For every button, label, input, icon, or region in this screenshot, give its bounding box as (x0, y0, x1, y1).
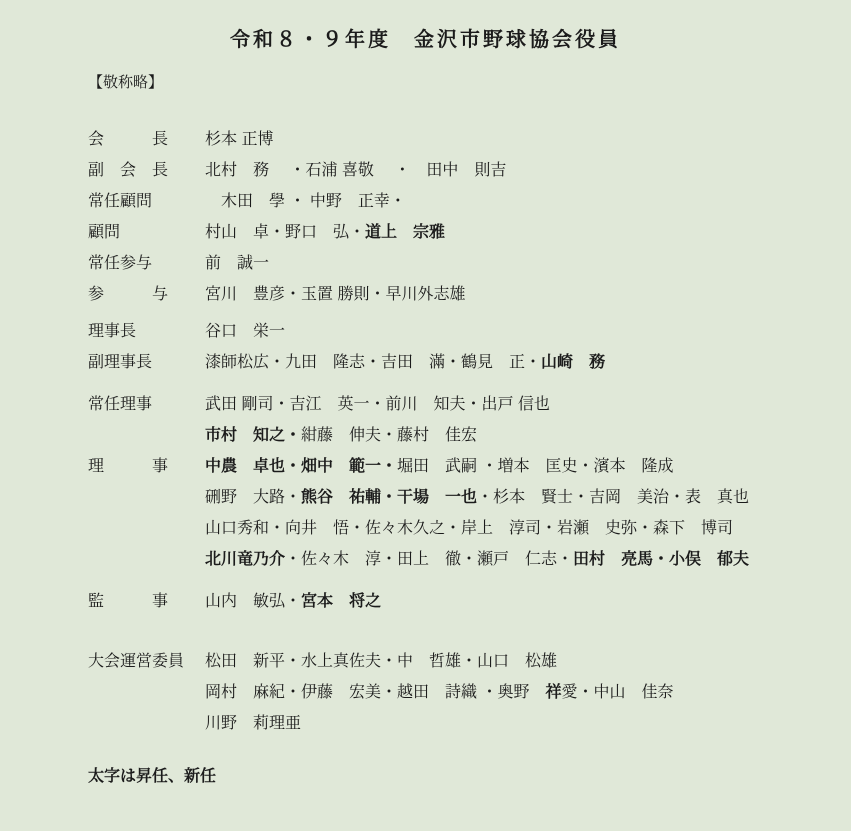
name-segment: 紺藤 伸夫・藤村 佳宏 (301, 427, 477, 444)
name-segment-bold: 北川竜乃介 (205, 551, 285, 568)
role-names: 松田 新平・水上真佐夫・中 哲雄・山口 松雄岡村 麻紀・伊藤 宏美・越田 詩織 … (205, 646, 851, 739)
names-line: 前 誠一 (205, 248, 851, 279)
name-segment-bold: 中農 卓也・畑中 範一・ (205, 458, 397, 475)
role-names: 前 誠一 (205, 248, 851, 279)
name-segment: 武田 剛司・吉江 英一・前川 知夫・出戸 信也 (205, 396, 550, 413)
officer-row: 常任理事武田 剛司・吉江 英一・前川 知夫・出戸 信也市村 知之・紺藤 伸夫・藤… (0, 389, 851, 451)
names-line: 村山 卓・野口 弘・道上 宗雅 (205, 217, 851, 248)
name-segment: ・杉本 賢士・吉岡 美治・表 真也 (477, 489, 749, 506)
names-line: 杉本 正博 (205, 124, 851, 155)
role-label: 常任顧問 (88, 186, 205, 217)
names-line: 武田 剛司・吉江 英一・前川 知夫・出戸 信也 (205, 389, 851, 420)
role-names: 杉本 正博 (205, 124, 851, 155)
officer-row: 顧問村山 卓・野口 弘・道上 宗雅 (0, 217, 851, 248)
name-segment: 村山 卓・野口 弘・ (205, 224, 365, 241)
role-label: 顧問 (88, 217, 205, 248)
name-segment: 山内 敏弘・ (205, 593, 301, 610)
name-segment: 杉本 正博 (205, 131, 273, 148)
honorific-note: 【敬称略】 (88, 72, 851, 94)
name-segment-bold: 宮本 将之 (301, 593, 381, 610)
name-segment: 前 誠一 (205, 255, 269, 272)
document-page: { "document": { "title": "令和８・９年度 金沢市野球協… (0, 0, 851, 831)
name-segment: 宮川 豊彦・玉置 勝則・早川外志雄 (205, 286, 465, 303)
officer-row: 参 与宮川 豊彦・玉置 勝則・早川外志雄 (0, 279, 851, 310)
names-line: 川野 莉理亜 (205, 708, 851, 739)
role-names: 北村 務 ・石浦 喜敬 ・ 田中 則吉 (205, 155, 851, 186)
role-label: 理 事 (88, 451, 205, 575)
officer-rows: 会 長杉本 正博副 会 長北村 務 ・石浦 喜敬 ・ 田中 則吉常任顧問 木田 … (0, 124, 851, 739)
names-line: 山口秀和・向井 悟・佐々木久之・岸上 淳司・岩瀬 史弥・森下 博司 (205, 513, 851, 544)
role-label: 会 長 (88, 124, 205, 155)
names-line: 木田 學 ・ 中野 正幸・ (205, 186, 851, 217)
officer-row: 常任顧問 木田 學 ・ 中野 正幸・ (0, 186, 851, 217)
names-line: 谷口 栄一 (205, 316, 851, 347)
role-names: 木田 學 ・ 中野 正幸・ (205, 186, 851, 217)
role-label: 副理事長 (88, 347, 205, 378)
name-segment: 岡村 麻紀・伊藤 宏美・越田 詩織 ・奥野 (205, 684, 545, 701)
name-segment: 北村 務 ・石浦 喜敬 ・ 田中 則吉 (205, 162, 506, 179)
role-label: 参 与 (88, 279, 205, 310)
officer-row: 常任参与前 誠一 (0, 248, 851, 279)
officer-row: 会 長杉本 正博 (0, 124, 851, 155)
role-names: 漆師松広・九田 隆志・吉田 滿・鶴見 正・山崎 務 (205, 347, 851, 378)
name-segment: 硎野 大路・ (205, 489, 301, 506)
name-segment-bold: 田村 亮馬・小俣 郁夫 (573, 551, 749, 568)
name-segment-bold: 祥 (545, 684, 561, 701)
officer-row: 理事長谷口 栄一 (0, 316, 851, 347)
role-names: 宮川 豊彦・玉置 勝則・早川外志雄 (205, 279, 851, 310)
names-line: 宮川 豊彦・玉置 勝則・早川外志雄 (205, 279, 851, 310)
name-segment-bold: 熊谷 祐輔・干場 一也 (301, 489, 477, 506)
name-segment: 漆師松広・九田 隆志・吉田 滿・鶴見 正・ (205, 354, 541, 371)
names-line: 硎野 大路・熊谷 祐輔・干場 一也・杉本 賢士・吉岡 美治・表 真也 (205, 482, 851, 513)
names-line: 市村 知之・紺藤 伸夫・藤村 佳宏 (205, 420, 851, 451)
names-line: 岡村 麻紀・伊藤 宏美・越田 詩織 ・奥野 祥愛・中山 佳奈 (205, 677, 851, 708)
role-label: 副 会 長 (88, 155, 205, 186)
role-label: 理事長 (88, 316, 205, 347)
names-line: 松田 新平・水上真佐夫・中 哲雄・山口 松雄 (205, 646, 851, 677)
officer-row: 副理事長漆師松広・九田 隆志・吉田 滿・鶴見 正・山崎 務 (0, 347, 851, 378)
officer-row: 副 会 長北村 務 ・石浦 喜敬 ・ 田中 則吉 (0, 155, 851, 186)
role-names: 山内 敏弘・宮本 将之 (205, 586, 851, 617)
name-segment: 松田 新平・水上真佐夫・中 哲雄・山口 松雄 (205, 653, 557, 670)
footer-note: 太字は昇任、新任 (88, 766, 851, 788)
role-label: 常任参与 (88, 248, 205, 279)
role-label: 監 事 (88, 586, 205, 617)
name-segment: 谷口 栄一 (205, 323, 285, 340)
name-segment: 木田 學 ・ 中野 正幸・ (205, 193, 406, 210)
role-names: 村山 卓・野口 弘・道上 宗雅 (205, 217, 851, 248)
names-line: 北川竜乃介・佐々木 淳・田上 徹・瀬戸 仁志・田村 亮馬・小俣 郁夫 (205, 544, 851, 575)
name-segment-bold: 道上 宗雅 (365, 224, 445, 241)
names-line: 北村 務 ・石浦 喜敬 ・ 田中 則吉 (205, 155, 851, 186)
names-line: 山内 敏弘・宮本 将之 (205, 586, 851, 617)
name-segment: ・佐々木 淳・田上 徹・瀬戸 仁志・ (285, 551, 573, 568)
name-segment: 堀田 武嗣 ・増本 匡史・濱本 隆成 (397, 458, 673, 475)
names-line: 中農 卓也・畑中 範一・堀田 武嗣 ・増本 匡史・濱本 隆成 (205, 451, 851, 482)
name-segment: 山口秀和・向井 悟・佐々木久之・岸上 淳司・岩瀬 史弥・森下 博司 (205, 520, 733, 537)
officer-row: 監 事山内 敏弘・宮本 将之 (0, 586, 851, 617)
officer-row: 大会運営委員松田 新平・水上真佐夫・中 哲雄・山口 松雄岡村 麻紀・伊藤 宏美・… (0, 646, 851, 739)
role-label: 大会運営委員 (88, 646, 205, 739)
role-names: 中農 卓也・畑中 範一・堀田 武嗣 ・増本 匡史・濱本 隆成硎野 大路・熊谷 祐… (205, 451, 851, 575)
name-segment: 川野 莉理亜 (205, 715, 301, 732)
name-segment-bold: 市村 知之・ (205, 427, 301, 444)
names-line: 漆師松広・九田 隆志・吉田 滿・鶴見 正・山崎 務 (205, 347, 851, 378)
role-names: 武田 剛司・吉江 英一・前川 知夫・出戸 信也市村 知之・紺藤 伸夫・藤村 佳宏 (205, 389, 851, 451)
role-label: 常任理事 (88, 389, 205, 451)
officer-row: 理 事中農 卓也・畑中 範一・堀田 武嗣 ・増本 匡史・濱本 隆成硎野 大路・熊… (0, 451, 851, 575)
role-names: 谷口 栄一 (205, 316, 851, 347)
page-title: 令和８・９年度 金沢市野球協会役員 (0, 26, 851, 54)
name-segment-bold: 山崎 務 (541, 354, 605, 371)
name-segment: 愛・中山 佳奈 (561, 684, 673, 701)
